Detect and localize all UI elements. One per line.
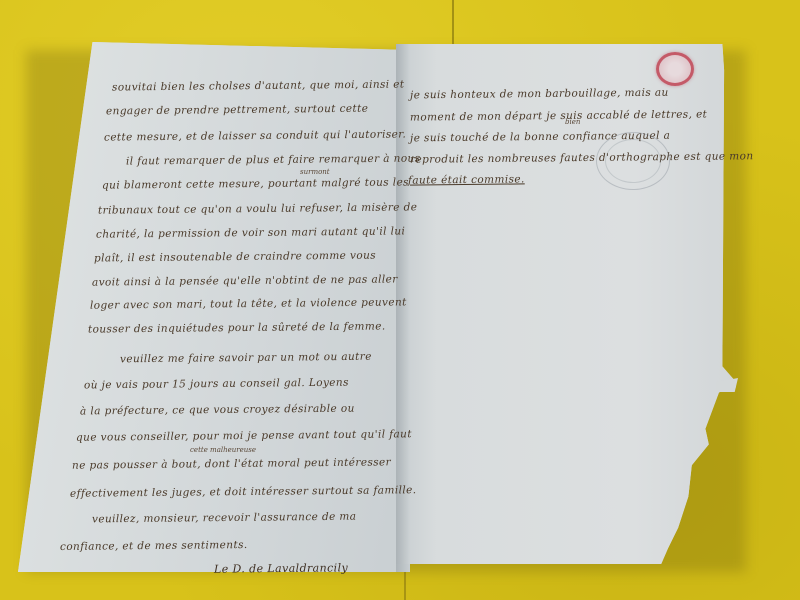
handwritten-line: confiance, et de mes sentiments.	[60, 539, 248, 553]
handwritten-line: faute était commise.	[408, 173, 525, 186]
faint-circular-stamp	[596, 132, 670, 190]
background-crease	[452, 0, 454, 48]
signature: Le D. de Lavaldrancily	[214, 561, 348, 575]
interlinear-note: cette malheureuse	[190, 446, 256, 454]
wax-seal	[656, 52, 694, 86]
background-crease	[404, 568, 406, 600]
interlinear-note: surmont	[300, 168, 330, 176]
interlinear-note: bien	[565, 118, 580, 126]
